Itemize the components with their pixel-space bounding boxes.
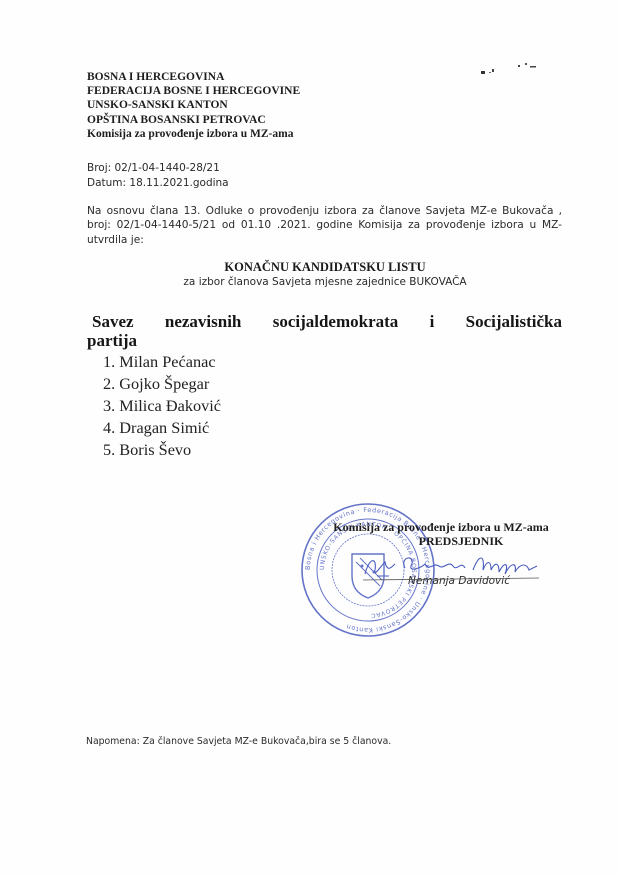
- candidate-list: 1. Milan Pećanac 2. Gojko Špegar 3. Mili…: [103, 351, 221, 461]
- candidate-item: 1. Milan Pećanac: [103, 351, 221, 373]
- candidate-item: 3. Milica Đaković: [103, 395, 221, 417]
- party-word: i: [430, 312, 435, 331]
- scan-specks: [478, 62, 548, 82]
- document-title: KONAČNU KANDIDATSKU LISTU: [160, 260, 490, 275]
- document-page: BOSNA I HERCEGOVINA FEDERACIJA BOSNE I H…: [0, 0, 620, 876]
- document-subtitle: za izbor članova Savjeta mjesne zajednic…: [160, 275, 490, 289]
- candidate-item: 5. Boris Ševo: [103, 439, 221, 461]
- party-word: nezavisnih: [165, 312, 242, 331]
- party-name-line1: Savez nezavisnih socijaldemokrata i Soci…: [87, 312, 562, 331]
- signatory-body: Komisija za provođenje izbora u MZ-ama: [316, 520, 566, 534]
- handwritten-signature: [355, 548, 545, 588]
- party-name-line2: partija: [87, 331, 562, 350]
- header-line: Komisija za provođenje izbora u MZ-ama: [87, 127, 300, 141]
- party-word: Socijalistička: [466, 312, 562, 331]
- candidate-item: 2. Gojko Špegar: [103, 373, 221, 395]
- party-word: Savez: [92, 312, 134, 331]
- document-date: Datum: 18.11.2021.godina: [87, 176, 229, 191]
- signatory-role: PREDSJEDNIK: [316, 534, 566, 548]
- header-line: FEDERACIJA BOSNE I HERCEGOVINE: [87, 84, 300, 98]
- header-line: UNSKO-SANSKI KANTON: [87, 98, 300, 112]
- intro-paragraph: Na osnovu člana 13. Odluke o provođenju …: [87, 204, 562, 247]
- party-word: socijaldemokrata: [273, 312, 399, 331]
- document-meta: Broj: 02/1-04-1440-28/21 Datum: 18.11.20…: [87, 161, 229, 190]
- header-line: OPŠTINA BOSANSKI PETROVAC: [87, 113, 300, 127]
- issuer-header: BOSNA I HERCEGOVINA FEDERACIJA BOSNE I H…: [87, 70, 300, 141]
- party-name: Savez nezavisnih socijaldemokrata i Soci…: [87, 312, 562, 350]
- header-line: BOSNA I HERCEGOVINA: [87, 70, 300, 84]
- signature-block: Komisija za provođenje izbora u MZ-ama P…: [316, 520, 566, 548]
- document-number: Broj: 02/1-04-1440-28/21: [87, 161, 229, 176]
- candidate-item: 4. Dragan Simić: [103, 417, 221, 439]
- footnote: Napomena: Za članove Savjeta MZ-e Bukova…: [86, 736, 391, 747]
- title-block: KONAČNU KANDIDATSKU LISTU za izbor člano…: [160, 260, 490, 289]
